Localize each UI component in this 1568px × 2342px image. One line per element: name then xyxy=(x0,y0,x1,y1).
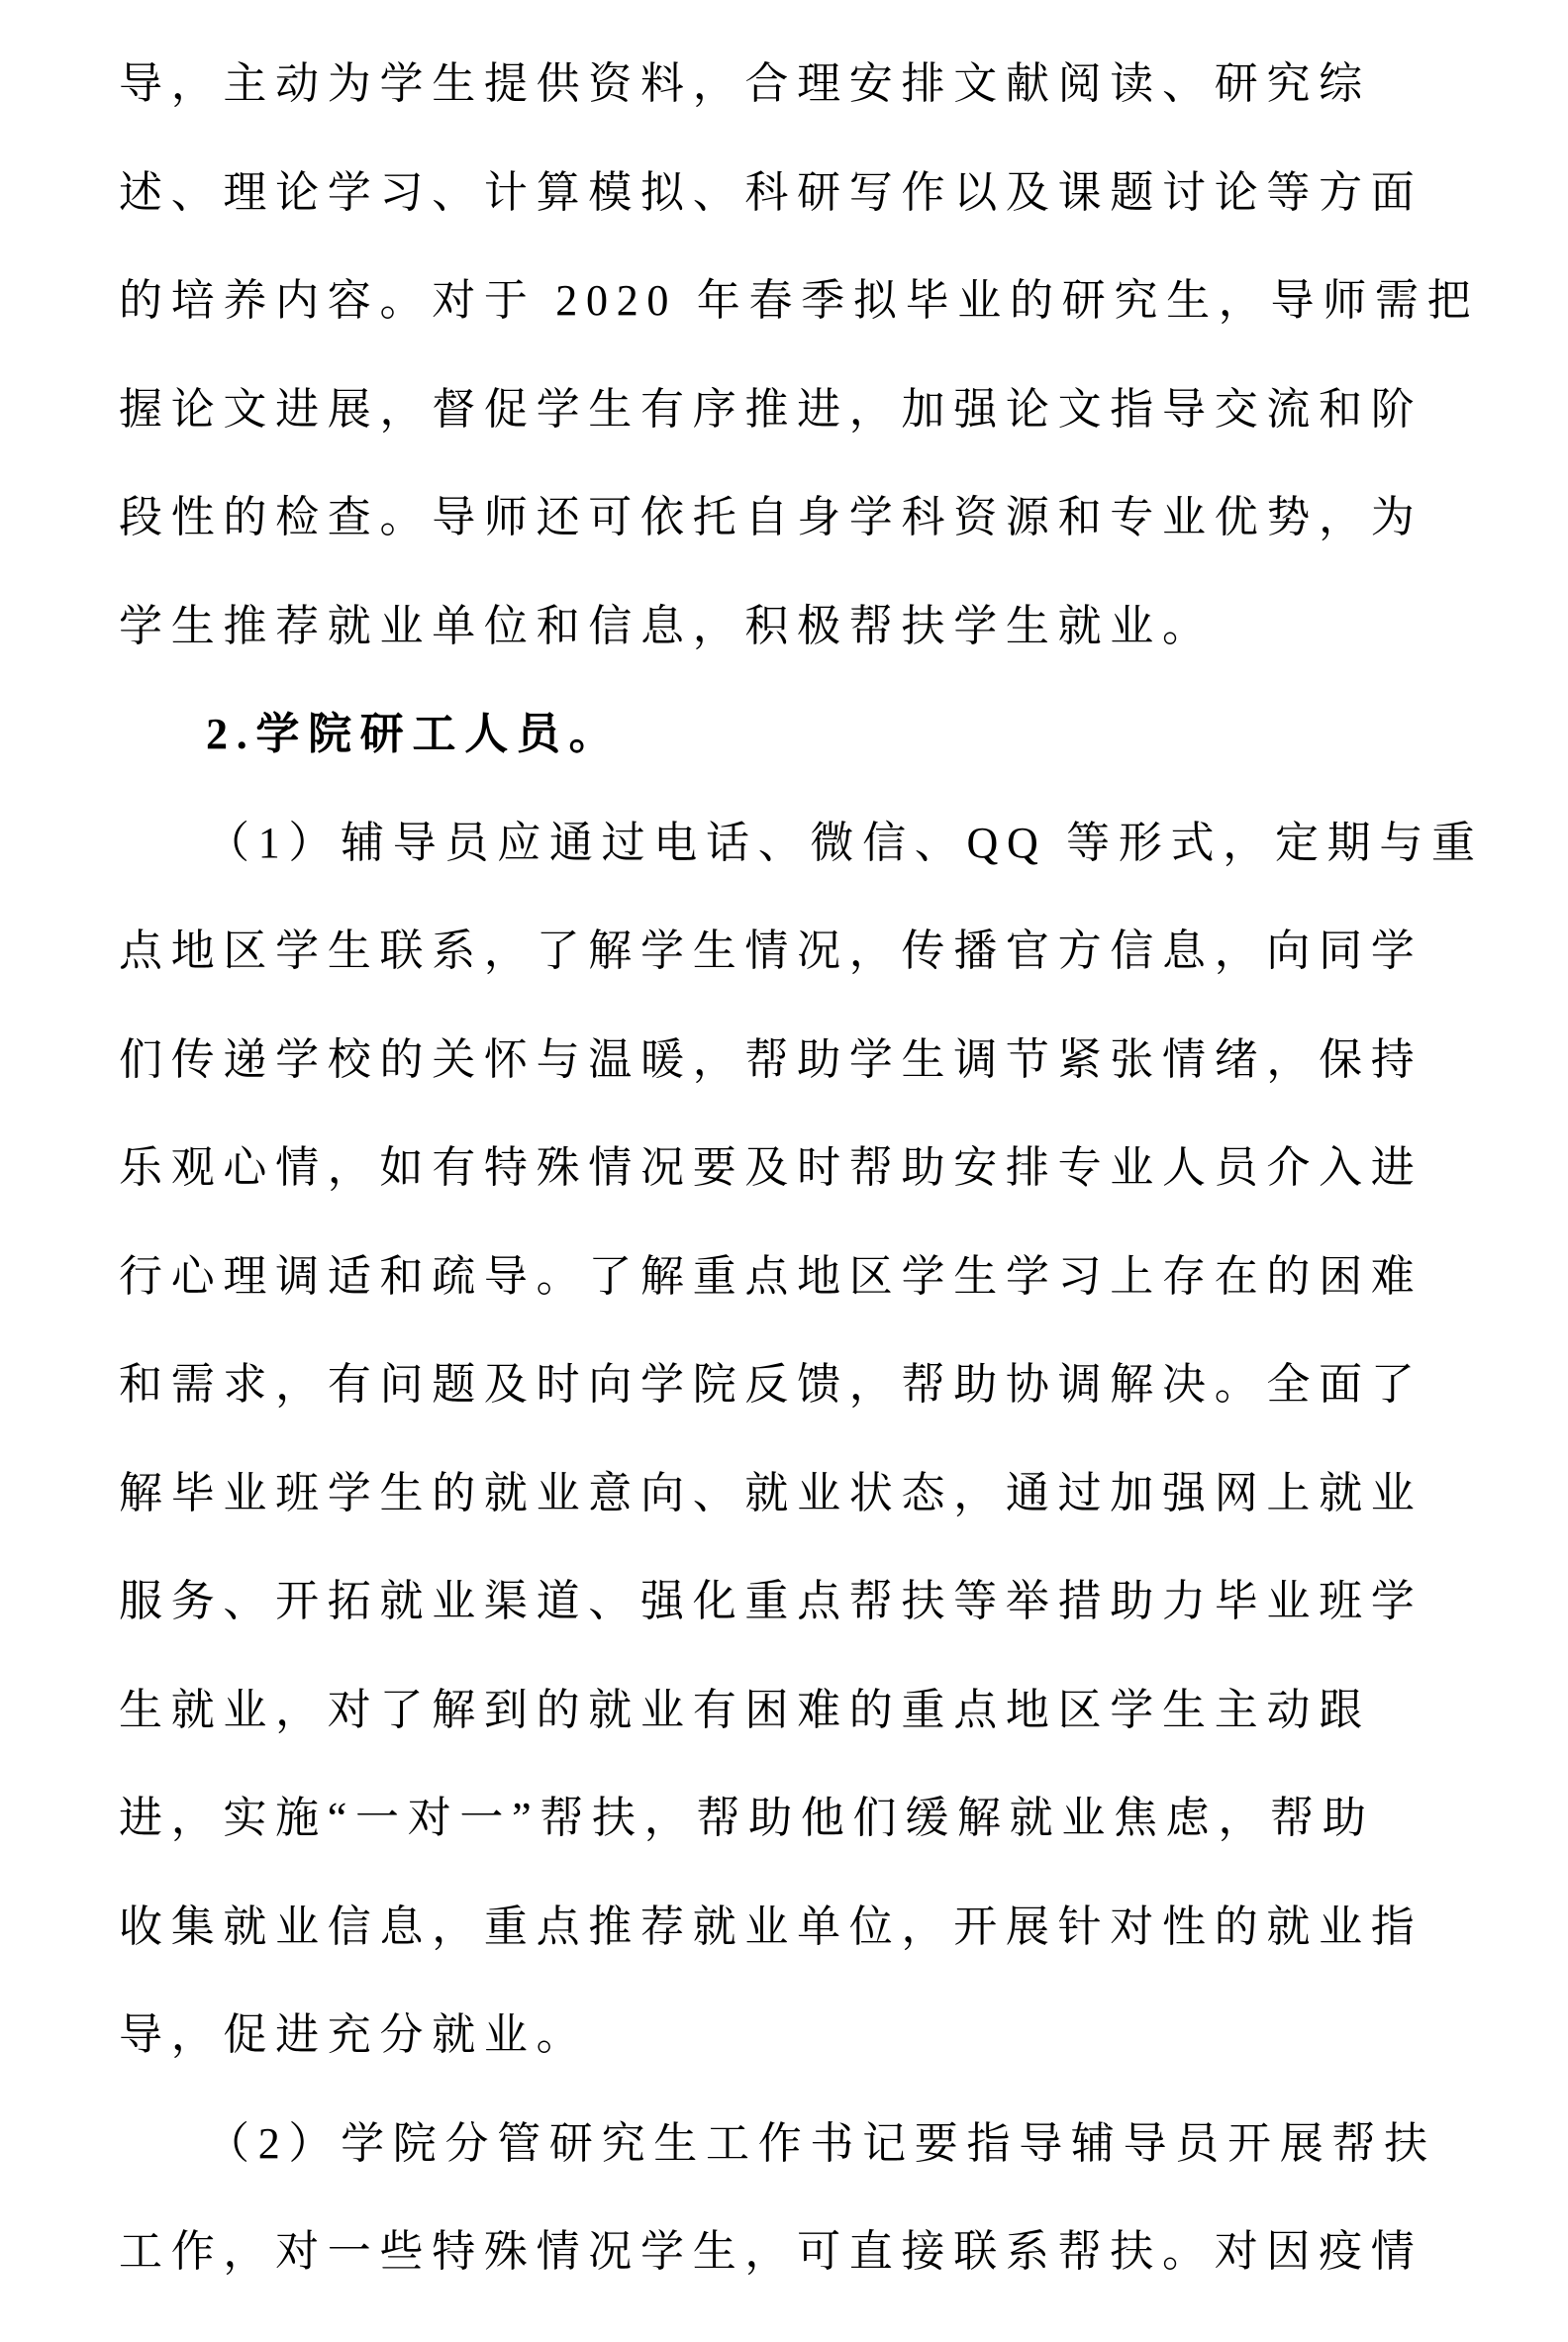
text-line: （1）辅导员应通过电话、微信、QQ 等形式，定期与重 xyxy=(119,789,1568,898)
text-line: 服务、开拓就业渠道、强化重点帮扶等举措助力毕业班学 xyxy=(119,1547,1568,1656)
text-line: 的培养内容。对于 2020 年春季拟毕业的研究生，导师需把 xyxy=(119,246,1568,355)
text-line: （2）学院分管研究生工作书记要指导辅导员开展帮扶 xyxy=(119,2090,1568,2198)
text-line: 述、理论学习、计算模拟、科研写作以及课题讨论等方面 xyxy=(119,139,1568,247)
text-line: 们传递学校的关怀与温暖，帮助学生调节紧张情绪，保持 xyxy=(119,1006,1568,1115)
text-line: 生就业，对了解到的就业有困难的重点地区学生主动跟 xyxy=(119,1656,1568,1765)
document-body: 导，主动为学生提供资料，合理安排文献阅读、研究综述、理论学习、计算模拟、科研写作… xyxy=(119,30,1568,2306)
text-line: 行心理调适和疏导。了解重点地区学生学习上存在的困难 xyxy=(119,1222,1568,1331)
text-line: 段性的检查。导师还可依托自身学科资源和专业优势，为 xyxy=(119,463,1568,572)
text-line: 进，实施“一对一”帮扶，帮助他们缓解就业焦虑，帮助 xyxy=(119,1764,1568,1873)
text-line: 导，主动为学生提供资料，合理安排文献阅读、研究综 xyxy=(119,30,1568,139)
text-line: 乐观心情，如有特殊情况要及时帮助安排专业人员介入进 xyxy=(119,1114,1568,1222)
section-heading: 2.学院研工人员。 xyxy=(119,680,1568,789)
document-page: 导，主动为学生提供资料，合理安排文献阅读、研究综述、理论学习、计算模拟、科研写作… xyxy=(0,0,1568,2342)
text-line: 工作，对一些特殊情况学生，可直接联系帮扶。对因疫情 xyxy=(119,2197,1568,2306)
text-line: 导，促进充分就业。 xyxy=(119,1981,1568,2090)
text-line: 收集就业信息，重点推荐就业单位，开展针对性的就业指 xyxy=(119,1873,1568,1982)
text-line: 和需求，有问题及时向学院反馈，帮助协调解决。全面了 xyxy=(119,1330,1568,1439)
text-line: 握论文进展，督促学生有序推进，加强论文指导交流和阶 xyxy=(119,355,1568,464)
text-line: 点地区学生联系，了解学生情况，传播官方信息，向同学 xyxy=(119,897,1568,1006)
text-line: 学生推荐就业单位和信息，积极帮扶学生就业。 xyxy=(119,572,1568,681)
text-line: 解毕业班学生的就业意向、就业状态，通过加强网上就业 xyxy=(119,1439,1568,1548)
